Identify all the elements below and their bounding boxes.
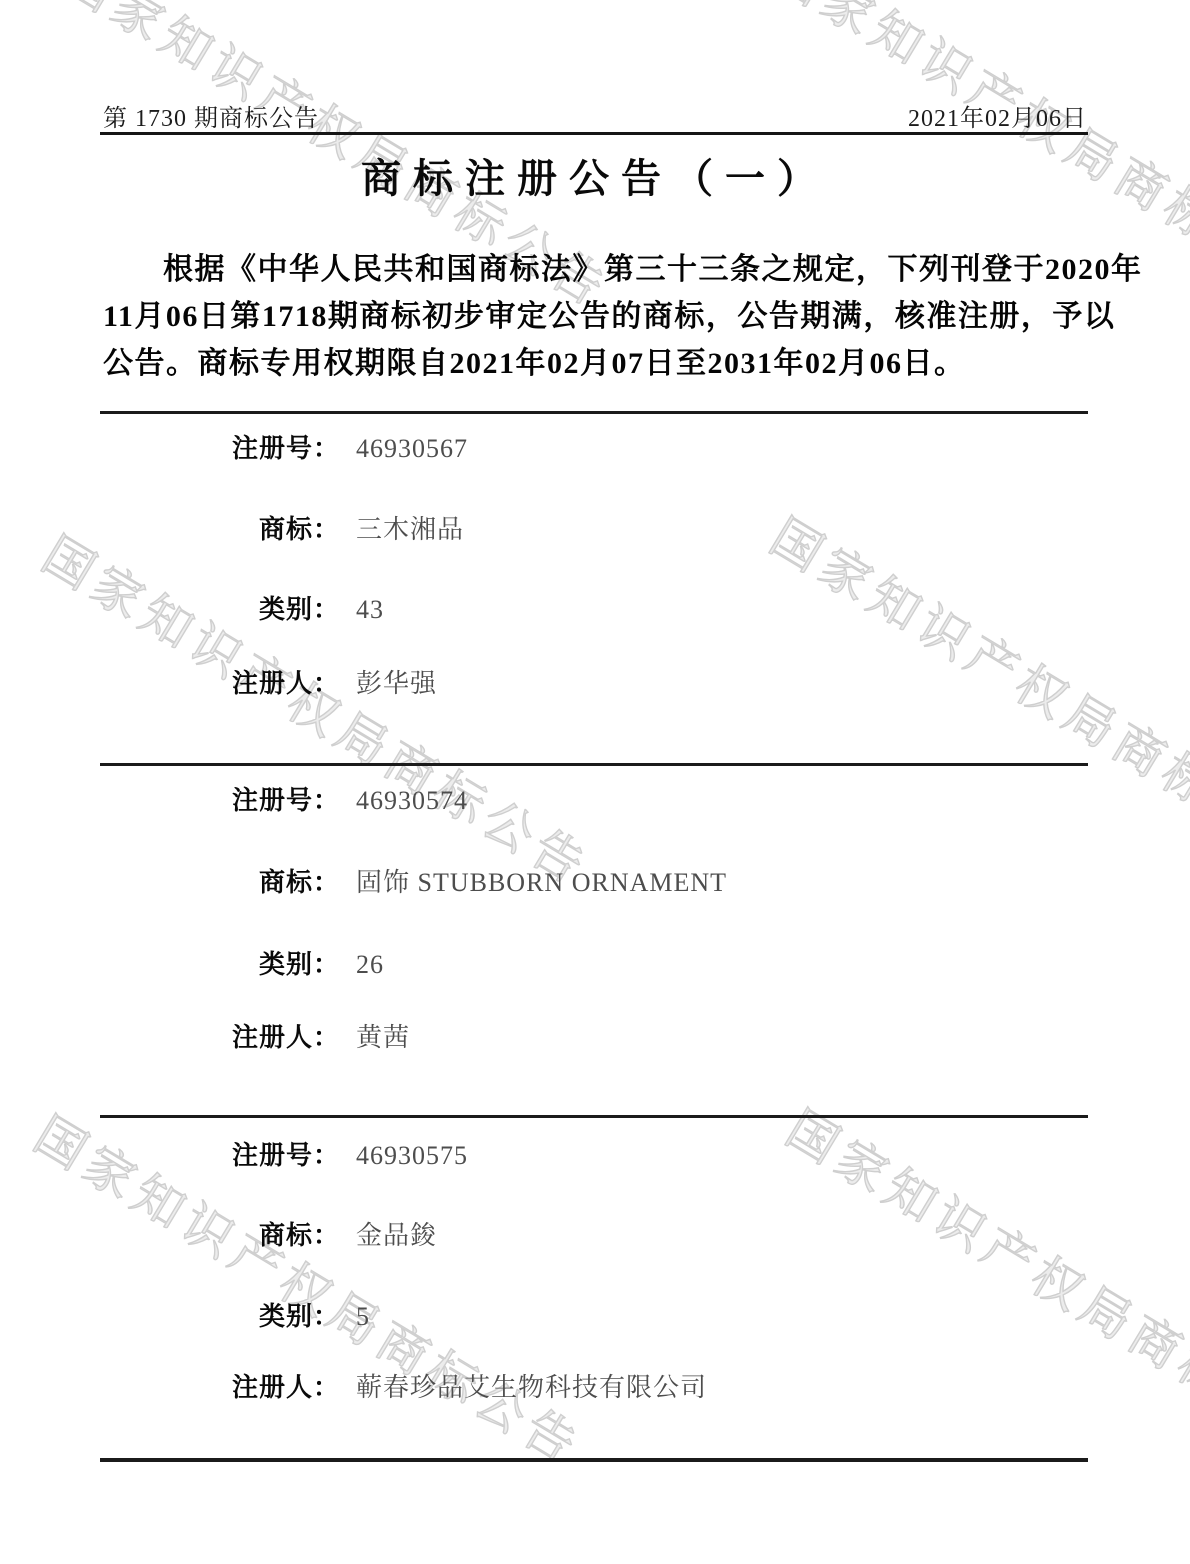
registration-number-label: 注册号： [0,428,340,465]
trademark-label: 商标： [0,509,340,546]
watermark-bottom-right: 国家知识产权局商标公告 [775,1090,1190,1475]
page-title: 商标注册公告（一） [0,147,1190,204]
table-row: 注册人：蕲春珍品艾生物科技有限公司 [0,1367,707,1404]
table-row: 商标：金品鋑 [0,1215,437,1252]
footer-rule [100,1458,1088,1462]
class-value: 26 [356,950,384,980]
intro-line: 根据《中华人民共和国商标法》第三十三条之规定，下列刊登于2020年 [103,246,1093,293]
table-row: 类别：43 [0,589,384,626]
watermark-mid-right: 国家知识产权局商标公告 [759,498,1190,883]
trademark-label: 商标： [0,862,340,899]
class-label: 类别： [0,1296,340,1333]
registrant-value: 蕲春珍品艾生物科技有限公司 [356,1367,707,1404]
header-issue-number: 第 1730 期商标公告 [103,98,319,133]
registrant-value: 黄茜 [356,1017,410,1054]
registrant-label: 注册人： [0,1367,340,1404]
entry-separator [100,763,1088,766]
registrant-value: 彭华强 [356,663,437,700]
header-date: 2021年02月06日 [908,98,1087,133]
intro-paragraph: 根据《中华人民共和国商标法》第三十三条之规定，下列刊登于2020年 11月06日… [103,246,1093,387]
table-row: 类别：5 [0,1296,370,1333]
table-row: 注册号：46930575 [0,1135,468,1172]
class-value: 43 [356,595,384,625]
intro-line: 公告。商标专用权期限自2021年02月07日至2031年02月06日。 [103,340,1093,387]
registration-number-value: 46930575 [356,1141,468,1171]
table-row: 类别：26 [0,944,384,981]
registrant-label: 注册人： [0,1017,340,1054]
registration-number-label: 注册号： [0,780,340,817]
trademark-value: 三木湘品 [356,509,464,546]
table-row: 注册号：46930574 [0,780,468,817]
gazette-page: 国家知识产权局商标公告 国家知识产权局商标公告 国家知识产权局商标公告 国家知识… [0,0,1190,1564]
header-rule [100,132,1088,135]
table-row: 商标：固饰 STUBBORN ORNAMENT [0,862,727,899]
table-row: 注册人：彭华强 [0,663,437,700]
class-label: 类别： [0,589,340,626]
entry-separator [100,411,1088,414]
trademark-label: 商标： [0,1215,340,1252]
registration-number-value: 46930567 [356,434,468,464]
class-label: 类别： [0,944,340,981]
table-row: 注册人：黄茜 [0,1017,410,1054]
watermark-mid-left: 国家知识产权局商标公告 [31,516,606,901]
class-value: 5 [356,1302,370,1332]
table-row: 注册号：46930567 [0,428,468,465]
registration-number-label: 注册号： [0,1135,340,1172]
registrant-label: 注册人： [0,663,340,700]
trademark-value: 固饰 STUBBORN ORNAMENT [356,862,727,899]
table-row: 商标：三木湘品 [0,509,464,546]
intro-line: 11月06日第1718期商标初步审定公告的商标，公告期满，核准注册，予以 [103,293,1093,340]
registration-number-value: 46930574 [356,786,468,816]
entry-separator [100,1115,1088,1118]
trademark-value: 金品鋑 [356,1215,437,1252]
